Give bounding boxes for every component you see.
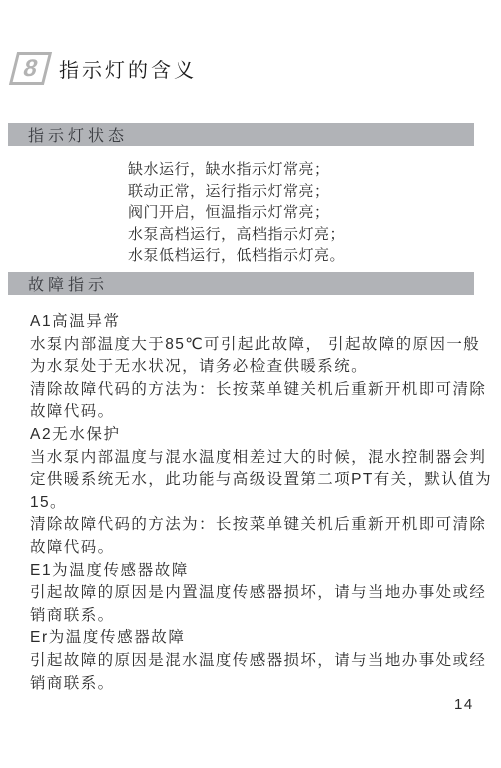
chapter-header: 8 指示灯的含义 — [13, 52, 197, 85]
fault-item-text: 定供暖系统无水，此功能与高级设置第二项PT有关，默认值为 — [30, 469, 485, 492]
section-heading-label: 故障指示 — [28, 272, 108, 295]
fault-item-text: 当水泵内部温度与混水温度相差过大的时候，混水控制器会判 — [30, 447, 485, 470]
fault-description-block: A1高温异常 水泵内部温度大于85℃可引起此故障， 引起故障的原因一般 为水泵处… — [30, 311, 485, 695]
page-number: 14 — [454, 696, 474, 713]
chapter-number: 8 — [21, 57, 40, 81]
section-heading-indicator-status: 指示灯状态 — [8, 123, 474, 146]
fault-item-text: 清除故障代码的方法为：长按菜单键关机后重新开机即可清除 — [30, 379, 485, 402]
chapter-number-badge: 8 — [9, 52, 52, 85]
fault-item-title: A2无水保护 — [30, 424, 485, 447]
status-list-item: 缺水运行，缺水指示灯常亮； — [128, 159, 345, 181]
page-title: 指示灯的含义 — [59, 54, 197, 83]
fault-item-title: Er为温度传感器故障 — [30, 627, 485, 650]
fault-item-text: 引起故障的原因是内置温度传感器损坏，请与当地办事处或经 — [30, 582, 485, 605]
fault-item-text: 清除故障代码的方法为：长按菜单键关机后重新开机即可清除 — [30, 514, 485, 537]
fault-item-text: 引起故障的原因是混水温度传感器损坏，请与当地办事处或经 — [30, 650, 485, 673]
fault-item-text: 销商联系。 — [30, 605, 485, 628]
status-list-item: 阀门开启，恒温指示灯常亮； — [128, 202, 345, 224]
status-list-item: 联动正常，运行指示灯常亮； — [128, 181, 345, 203]
fault-item-text: 水泵内部温度大于85℃可引起此故障， 引起故障的原因一般 — [30, 334, 485, 357]
fault-item-text: 故障代码。 — [30, 537, 485, 560]
status-list-item: 水泵低档运行，低档指示灯亮。 — [128, 245, 345, 267]
fault-item-text: 15。 — [30, 492, 485, 515]
status-list-item: 水泵高档运行，高档指示灯亮； — [128, 224, 345, 246]
fault-item-text: 为水泵处于无水状况，请务必检查供暖系统。 — [30, 356, 485, 379]
fault-item-text: 故障代码。 — [30, 401, 485, 424]
indicator-status-list: 缺水运行，缺水指示灯常亮； 联动正常，运行指示灯常亮； 阀门开启，恒温指示灯常亮… — [128, 159, 345, 267]
fault-item-title: E1为温度传感器故障 — [30, 560, 485, 583]
fault-item-text: 销商联系。 — [30, 673, 485, 696]
section-heading-fault-indication: 故障指示 — [8, 272, 474, 295]
section-heading-label: 指示灯状态 — [28, 123, 128, 146]
manual-page: 8 指示灯的含义 指示灯状态 缺水运行，缺水指示灯常亮； 联动正常，运行指示灯常… — [0, 0, 501, 768]
fault-item-title: A1高温异常 — [30, 311, 485, 334]
